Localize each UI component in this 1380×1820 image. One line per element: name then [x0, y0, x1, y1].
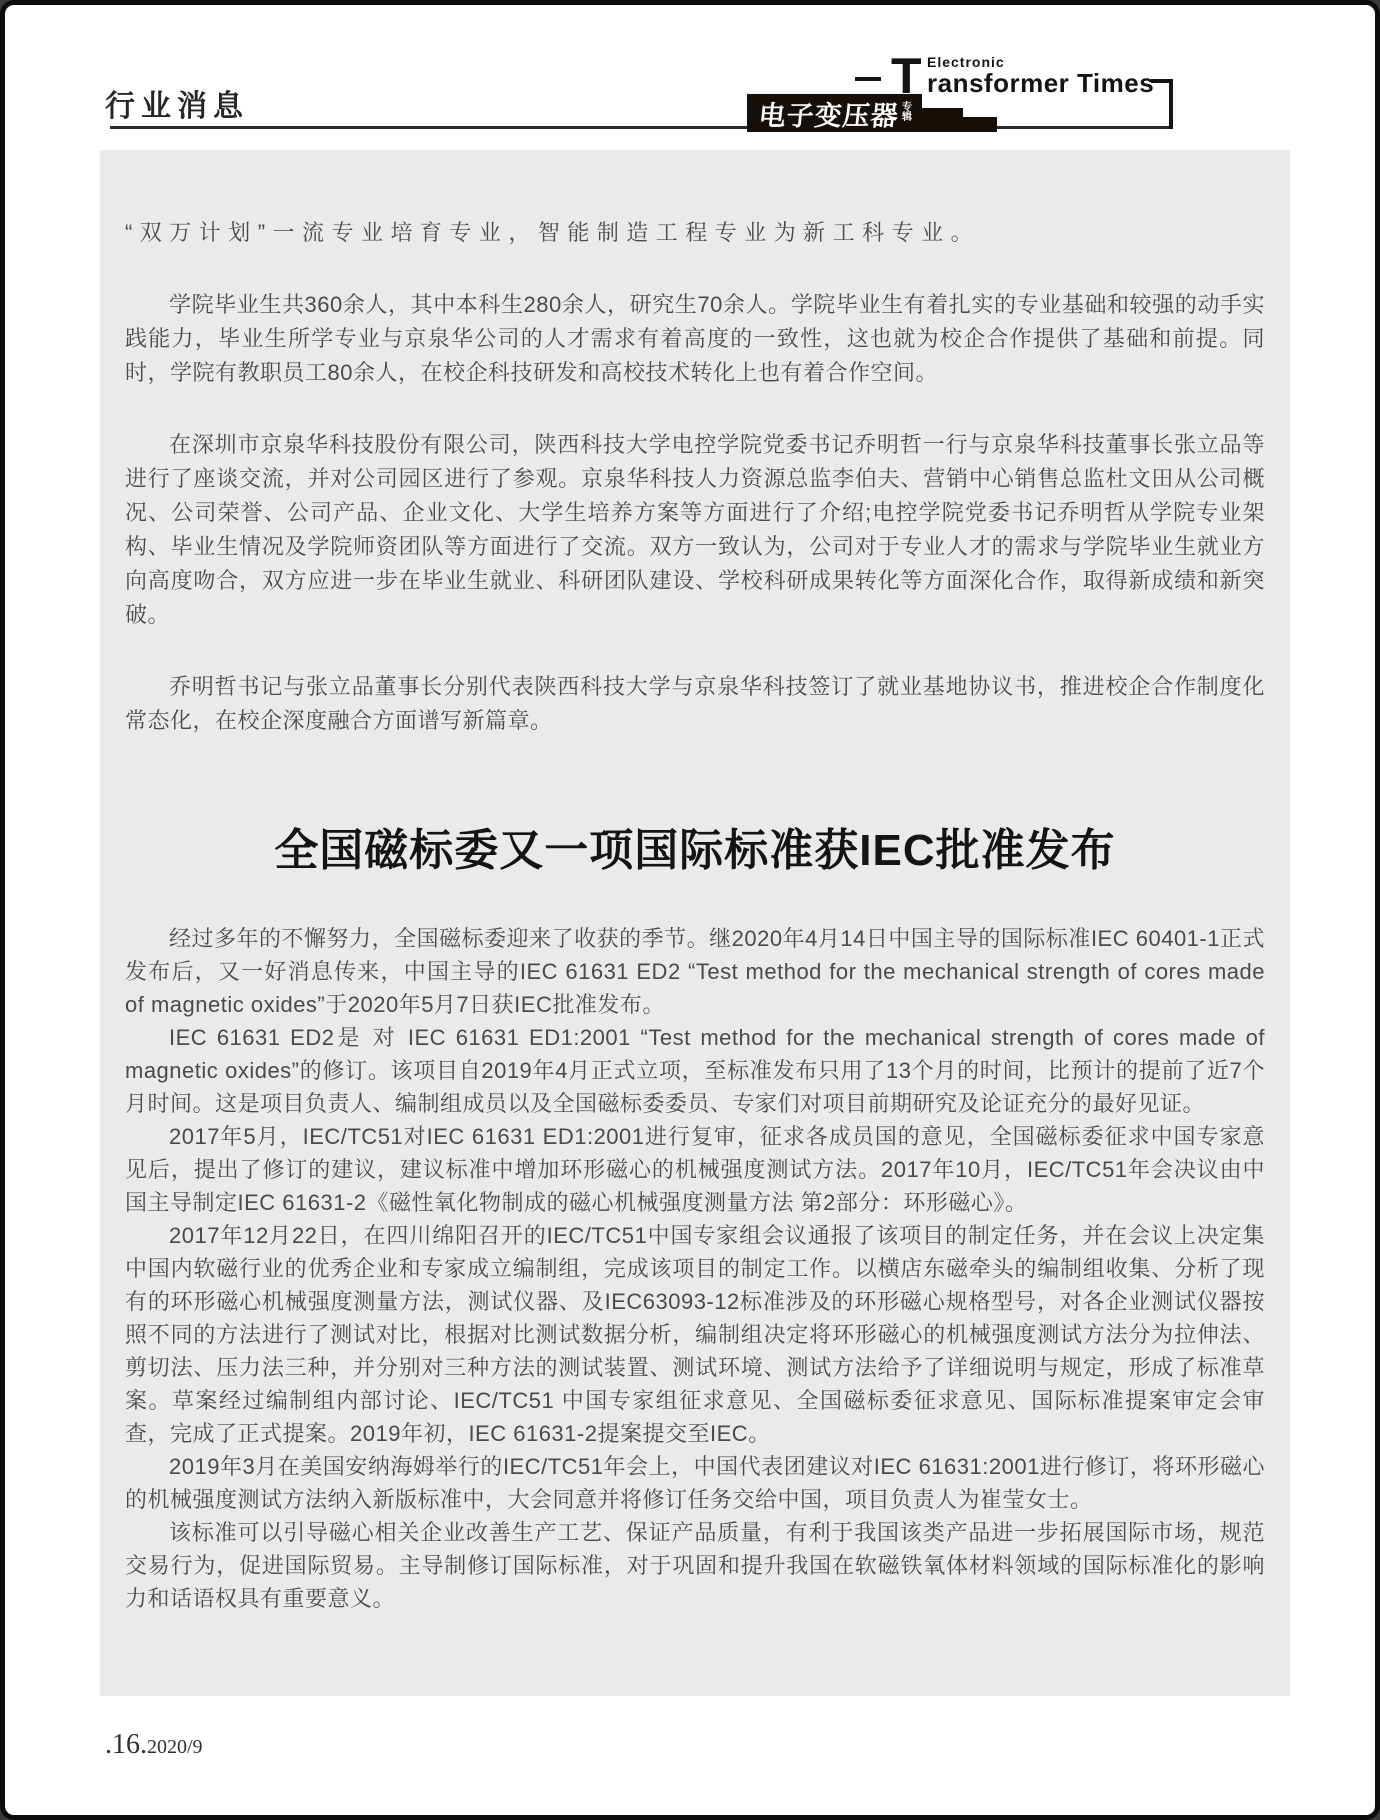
paragraph: IEC 61631 ED2是 对 IEC 61631 ED1:2001 “Tes… — [125, 1021, 1265, 1120]
header-rule — [110, 126, 1172, 129]
article-campus-cooperation: “双万计划”一流专业培育专业，智能制造工程专业为新工科专业。 学院毕业生共360… — [125, 216, 1265, 738]
masthead-english-small: Electronic — [927, 55, 1154, 69]
content-panel: “双万计划”一流专业培育专业，智能制造工程专业为新工科专业。 学院毕业生共360… — [100, 150, 1290, 1696]
masthead-dash-icon — [855, 77, 881, 81]
paragraph: 乔明哲书记与张立品董事长分别代表陕西科技大学与京泉华科技签订了就业基地协议书，推… — [125, 670, 1265, 738]
chinese-logo-text: 电子变压器 — [757, 94, 901, 133]
paragraph: “双万计划”一流专业培育专业，智能制造工程专业为新工科专业。 — [125, 216, 1265, 250]
logo-step-block — [917, 108, 963, 132]
masthead-chinese-logo: 电子变压器 专辑 — [747, 94, 922, 132]
article-iec-standard: 经过多年的不懈努力，全国磁标委迎来了收获的季节。继2020年4月14日中国主导的… — [125, 922, 1265, 1615]
paragraph: 2017年5月，IEC/TC51对IEC 61631 ED1:2001进行复审，… — [125, 1120, 1265, 1219]
paragraph: 该标准可以引导磁心相关企业改善生产工艺、保证产品质量，有利于我国该类产品进一步拓… — [125, 1516, 1265, 1615]
paragraph: 学院毕业生共360余人，其中本科生280余人，研究生70余人。学院毕业生有着扎实… — [125, 288, 1265, 390]
masthead-english-main: ransformer Times — [927, 69, 1154, 98]
magazine-page: 行业消息 T Electronic ransformer Times 电子变压器… — [0, 0, 1380, 1820]
chinese-logo-subtitle: 专辑 — [902, 103, 914, 124]
page-number: .16. — [105, 1729, 147, 1760]
paragraph: 在深圳市京泉华科技股份有限公司，陕西科技大学电控学院党委书记乔明哲一行与京泉华科… — [125, 428, 1265, 632]
paragraph: 2017年12月22日，在四川绵阳召开的IEC/TC51中国专家组会议通报了该项… — [125, 1219, 1265, 1450]
masthead-bracket-vertical — [1169, 79, 1173, 129]
logo-step-block — [963, 117, 997, 132]
paragraph: 2019年3月在美国安纳海姆举行的IEC/TC51年会上，中国代表团建议对IEC… — [125, 1450, 1265, 1516]
masthead-english: Electronic ransformer Times — [927, 55, 1154, 98]
article-headline: 全国磁标委又一项国际标准获IEC批准发布 — [125, 814, 1265, 878]
section-title: 行业消息 — [105, 81, 249, 125]
paragraph: 经过多年的不懈努力，全国磁标委迎来了收获的季节。继2020年4月14日中国主导的… — [125, 922, 1265, 1021]
issue-label: 2020/9 — [147, 1736, 203, 1758]
page-footer: .16.2020/9 — [105, 1729, 203, 1761]
